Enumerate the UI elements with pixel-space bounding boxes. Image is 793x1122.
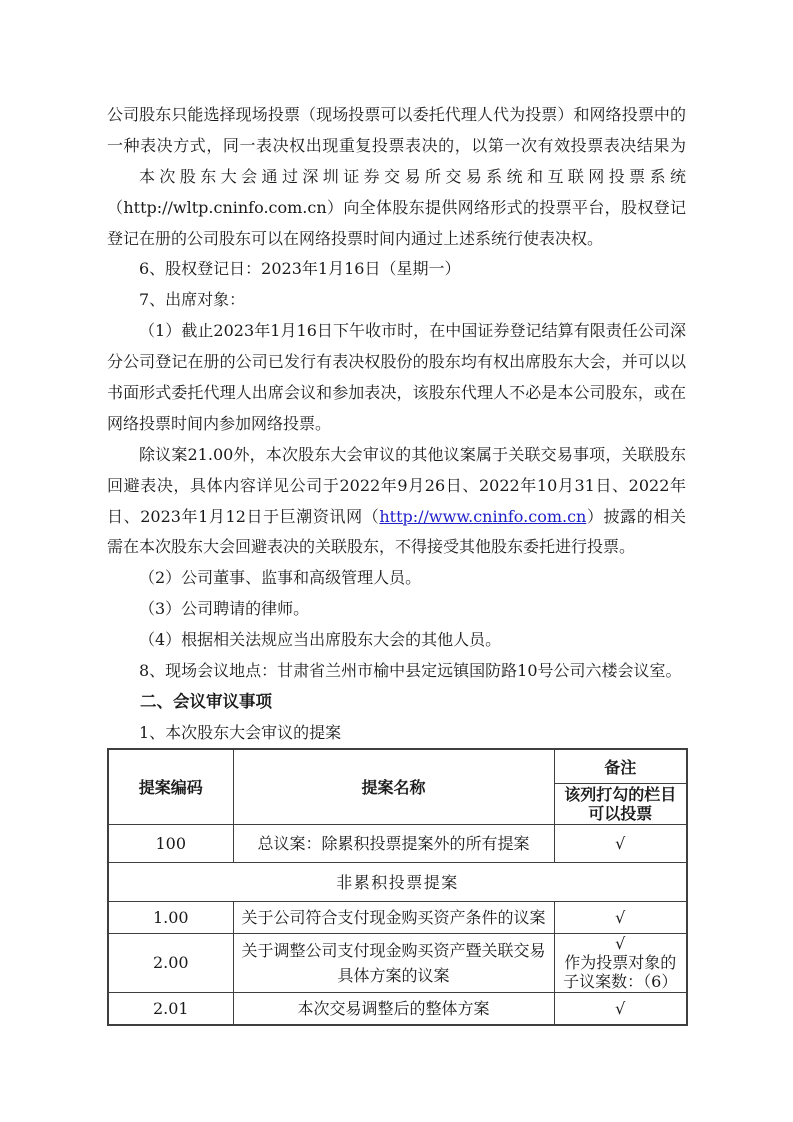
- text-segment: （3）公司聘请的律师。: [139, 599, 309, 618]
- proposal-name-cell: 关于调整公司支付现金购买资产暨关联交易具体方案的议案: [233, 933, 554, 992]
- document-content: 公司股东只能选择现场投票（现场投票可以委托代理人代为投票）和网络投票中的一种表决…: [107, 100, 686, 749]
- text-segment: 日、2023年1月12日于巨潮资讯网（: [107, 507, 379, 526]
- doc-line: 7、出席对象：: [107, 285, 686, 316]
- doc-line: 6、股权登记日：2023年1月16日（星期一）: [107, 254, 686, 285]
- doc-line: 回避表决，具体内容详见公司于2022年9月26日、2022年10月31日、202…: [107, 471, 686, 502]
- doc-line: （3）公司聘请的律师。: [107, 594, 686, 625]
- document-page: 公司股东只能选择现场投票（现场投票可以委托代理人代为投票）和网络投票中的一种表决…: [0, 0, 793, 1122]
- text-segment: 分公司登记在册的公司已发行有表决权股份的股东均有权出席股东大会，并可以以: [107, 352, 686, 371]
- proposal-code-cell: 2.00: [108, 933, 233, 992]
- text-segment: 公司股东只能选择现场投票（现场投票可以委托代理人代为投票）和网络投票中的: [107, 105, 686, 124]
- proposal-table: 提案编码 提案名称 备注 该列打勾的栏目 可以投票 100总议案：除累积投票提案…: [107, 748, 688, 1026]
- doc-line: 网络投票时间内参加网络投票。: [107, 409, 686, 440]
- table-row: 非累积投票提案: [108, 862, 687, 901]
- doc-line: 一种表决方式，同一表决权出现重复投票表决的，以第一次有效投票表决结果为准。: [107, 131, 686, 162]
- doc-line: 除议案21.00外，本次股东大会审议的其他议案属于关联交易事项，关联股东需: [107, 440, 686, 471]
- proposal-name-cell: 总议案：除累积投票提案外的所有提案: [233, 824, 554, 862]
- table-row: 1.00关于公司符合支付现金购买资产条件的议案√: [108, 901, 687, 933]
- text-segment: 一种表决方式，同一表决权出现重复投票表决的，以第一次有效投票表决结果为准。: [107, 136, 686, 162]
- doc-line: 登记在册的公司股东可以在网络投票时间内通过上述系统行使表决权。: [107, 224, 686, 255]
- text-segment: 二、会议审议事项: [140, 692, 272, 711]
- doc-line: （4）根据相关法规应当出席股东大会的其他人员。: [107, 625, 686, 656]
- text-segment: 登记在册的公司股东可以在网络投票时间内通过上述系统行使表决权。: [107, 229, 603, 248]
- proposal-code-cell: 1.00: [108, 901, 233, 933]
- text-segment: （1）截止2023年1月16日下午收市时，在中国证券登记结算有限责任公司深圳: [107, 321, 686, 347]
- table-row: 2.00关于调整公司支付现金购买资产暨关联交易具体方案的议案√ 作为投票对象的 …: [108, 933, 687, 992]
- remark-checkmark-cell: √ 作为投票对象的 子议案数：（6）: [554, 933, 687, 992]
- doc-line: 书面形式委托代理人出席会议和参加表决，该股东代理人不必是本公司股东，或在: [107, 378, 686, 409]
- text-segment: 除议案21.00外，本次股东大会审议的其他议案属于关联交易事项，关联股东需: [107, 445, 686, 471]
- proposal-code-cell: 2.01: [108, 992, 233, 1025]
- doc-line: （2）公司董事、监事和高级管理人员。: [107, 563, 686, 594]
- doc-line: 日、2023年1月12日于巨潮资讯网（http://www.cninfo.com…: [107, 502, 686, 533]
- doc-line: 公司股东只能选择现场投票（现场投票可以委托代理人代为投票）和网络投票中的: [107, 100, 686, 131]
- proposal-code-cell: 100: [108, 824, 233, 862]
- text-segment: 本次股东大会通过深圳证券交易所交易系统和互联网投票系统: [139, 167, 686, 186]
- header-remark: 备注: [554, 749, 687, 783]
- section-heading: 二、会议审议事项: [107, 687, 686, 718]
- doc-line: （http://wltp.cninfo.com.cn）向全体股东提供网络形式的投…: [107, 193, 686, 224]
- text-segment: （2）公司董事、监事和高级管理人员。: [139, 568, 421, 587]
- proposal-table-body: 100总议案：除累积投票提案外的所有提案√非累积投票提案1.00关于公司符合支付…: [108, 824, 687, 1025]
- remark-checkmark-cell: √: [554, 992, 687, 1025]
- text-segment: 回避表决，具体内容详见公司于2022年9月26日、2022年10月31日、202…: [107, 476, 686, 502]
- doc-line: 分公司登记在册的公司已发行有表决权股份的股东均有权出席股东大会，并可以以: [107, 347, 686, 378]
- cninfo-link[interactable]: http://www.cninfo.com.cn: [379, 507, 586, 526]
- text-segment: 书面形式委托代理人出席会议和参加表决，该股东代理人不必是本公司股东，或在: [107, 383, 686, 402]
- header-remark-note: 该列打勾的栏目 可以投票: [554, 783, 687, 824]
- text-segment: 7、出席对象：: [139, 290, 245, 309]
- text-segment: 网络投票时间内参加网络投票。: [107, 414, 331, 433]
- doc-line: 8、现场会议地点：甘肃省兰州市榆中县定远镇国防路10号公司六楼会议室。: [107, 656, 686, 687]
- table-row: 100总议案：除累积投票提案外的所有提案√: [108, 824, 687, 862]
- header-proposal-code: 提案编码: [108, 749, 233, 824]
- remark-checkmark-cell: √: [554, 824, 687, 862]
- doc-line: 本次股东大会通过深圳证券交易所交易系统和互联网投票系统: [107, 162, 686, 193]
- proposal-name-cell: 关于公司符合支付现金购买资产条件的议案: [233, 901, 554, 933]
- doc-line: 需在本次股东大会回避表决的关联股东，不得接受其他股东委托进行投票。: [107, 532, 686, 563]
- doc-line: 1、本次股东大会审议的提案: [107, 718, 686, 749]
- text-segment: （http://wltp.cninfo.com.cn）向全体股东提供网络形式的投…: [107, 198, 686, 224]
- text-segment: 1、本次股东大会审议的提案: [139, 723, 341, 742]
- text-segment: （4）根据相关法规应当出席股东大会的其他人员。: [139, 630, 501, 649]
- doc-line: （1）截止2023年1月16日下午收市时，在中国证券登记结算有限责任公司深圳: [107, 316, 686, 347]
- remark-checkmark-cell: √: [554, 901, 687, 933]
- text-segment: 需在本次股东大会回避表决的关联股东，不得接受其他股东委托进行投票。: [107, 537, 635, 556]
- section-row-non-cumulative: 非累积投票提案: [108, 862, 687, 901]
- text-segment: 6、股权登记日：2023年1月16日（星期一）: [139, 259, 460, 278]
- text-segment: 8、现场会议地点：甘肃省兰州市榆中县定远镇国防路10号公司六楼会议室。: [139, 661, 682, 680]
- header-proposal-name: 提案名称: [233, 749, 554, 824]
- proposal-name-cell: 本次交易调整后的整体方案: [233, 992, 554, 1025]
- table-row: 2.01本次交易调整后的整体方案√: [108, 992, 687, 1025]
